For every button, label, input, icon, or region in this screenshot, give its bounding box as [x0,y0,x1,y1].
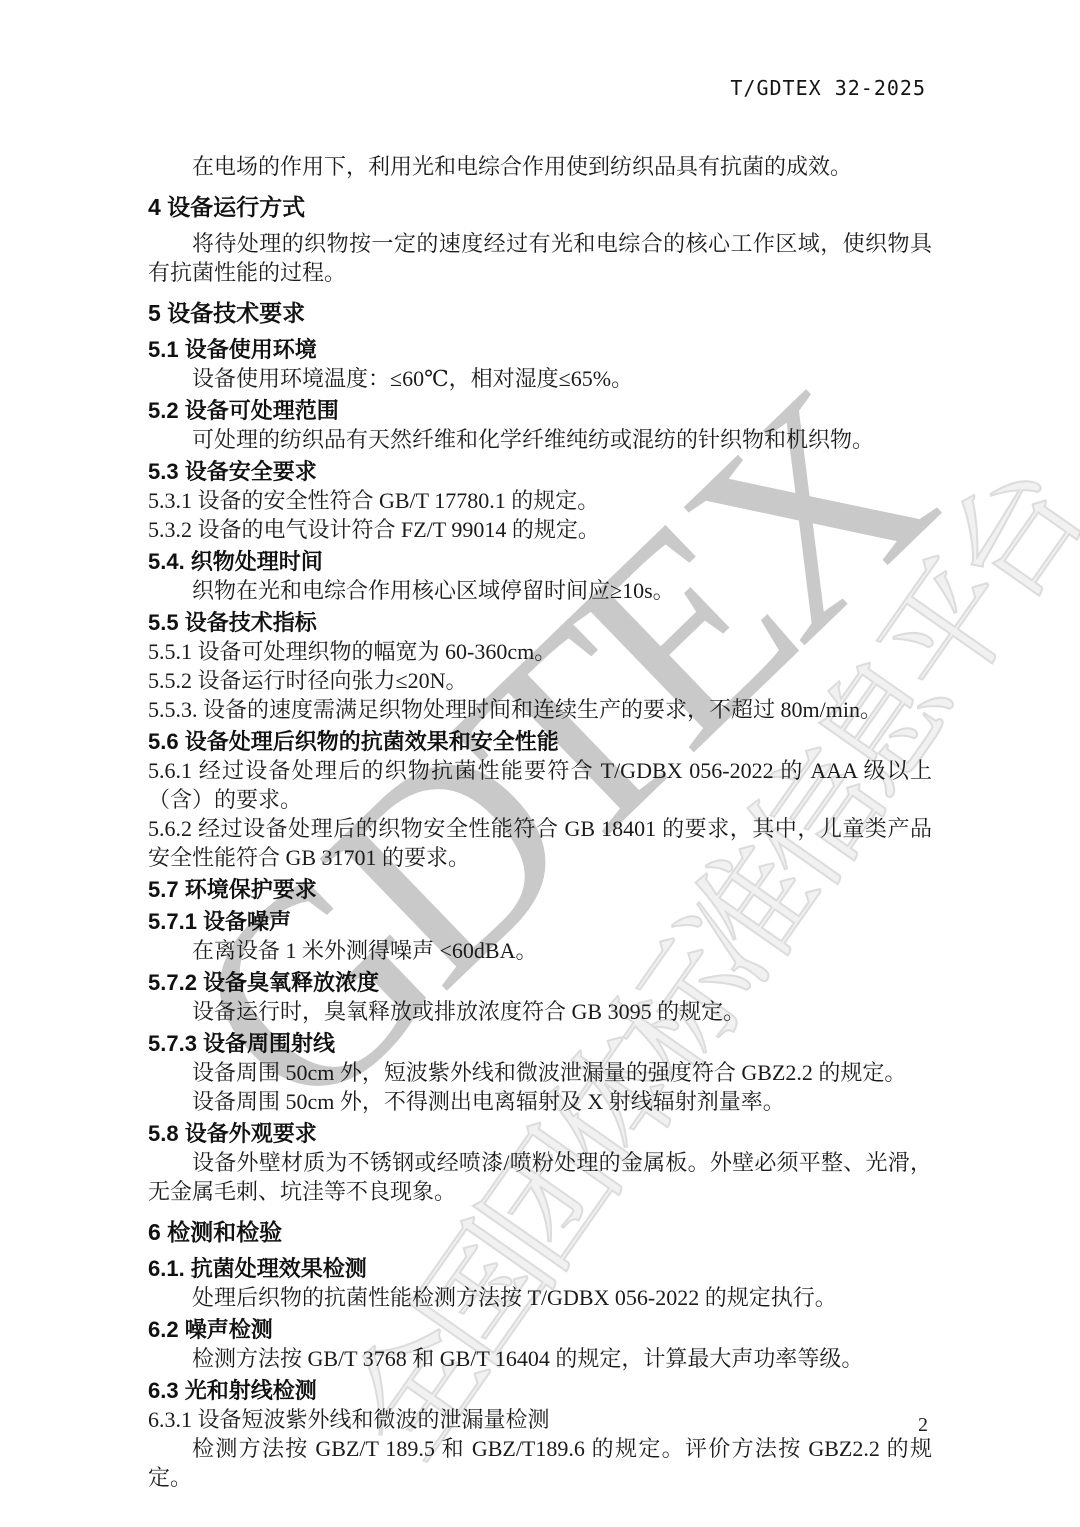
paragraph-line: 6.3.1 设备短波紫外线和微波的泄漏量检测 [148,1405,932,1434]
paragraph-line: 5.5.1 设备可处理织物的幅宽为 60-360cm。 [148,637,932,666]
document-body: 在电场的作用下，利用光和电综合作用使到纺织品具有抗菌的成效。4 设备运行方式将待… [148,152,932,1492]
section-heading: 5.7.3 设备周围射线 [148,1029,932,1058]
section-heading: 4 设备运行方式 [148,192,932,222]
section-heading: 5.3 设备安全要求 [148,457,932,486]
section-heading: 6 检测和检验 [148,1217,932,1247]
section-heading: 6.3 光和射线检测 [148,1376,932,1405]
section-heading: 5.8 设备外观要求 [148,1119,932,1148]
paragraph-line: 可处理的纺织品有天然纤维和化学纤维纯纺或混纺的针织物和机织物。 [148,425,932,454]
paragraph-line: 5.3.2 设备的电气设计符合 FZ/T 99014 的规定。 [148,515,932,544]
section-heading: 6.2 噪声检测 [148,1315,932,1344]
section-heading: 5.6 设备处理后织物的抗菌效果和安全性能 [148,727,932,756]
paragraph-line: 5.6.1 经过设备处理后的织物抗菌性能要符合 T/GDBX 056-2022 … [148,756,932,814]
section-heading: 5.7 环境保护要求 [148,875,932,904]
page-number: 2 [918,1414,928,1437]
section-heading: 6.1. 抗菌处理效果检测 [148,1254,932,1283]
paragraph-line: 检测方法按 GBZ/T 189.5 和 GBZ/T189.6 的规定。评价方法按… [148,1434,932,1492]
paragraph-line: 5.3.1 设备的安全性符合 GB/T 17780.1 的规定。 [148,486,932,515]
document-page: GDTEX 全国团体标准信息平台 T/GDTEX 32-2025 在电场的作用下… [0,0,1080,1527]
paragraph-line: 5.6.2 经过设备处理后的织物安全性能符合 GB 18401 的要求，其中，儿… [148,814,932,872]
section-heading: 5.1 设备使用环境 [148,335,932,364]
paragraph-line: 5.5.3. 设备的速度需满足织物处理时间和连续生产的要求，不超过 80m/mi… [148,695,932,724]
paragraph-line: 检测方法按 GB/T 3768 和 GB/T 16404 的规定，计算最大声功率… [148,1344,932,1373]
paragraph-line: 设备外壁材质为不锈钢或经喷漆/喷粉处理的金属板。外壁必须平整、光滑，无金属毛刺、… [148,1148,932,1206]
paragraph-line: 织物在光和电综合作用核心区域停留时间应≥10s。 [148,576,932,605]
section-heading: 5.4. 织物处理时间 [148,547,932,576]
paragraph-line: 设备周围 50cm 外，短波紫外线和微波泄漏量的强度符合 GBZ2.2 的规定。 [148,1058,932,1087]
section-heading: 5.2 设备可处理范围 [148,396,932,425]
paragraph-line: 在离设备 1 米外测得噪声 <60dBA。 [148,936,932,965]
section-heading: 5 设备技术要求 [148,298,932,328]
paragraph-line: 设备运行时，臭氧释放或排放浓度符合 GB 3095 的规定。 [148,997,932,1026]
paragraph-line: 设备使用环境温度：≤60℃，相对湿度≤65%。 [148,364,932,393]
paragraph-line: 将待处理的织物按一定的速度经过有光和电综合的核心工作区域，使织物具有抗菌性能的过… [148,229,932,287]
paragraph-line: 5.5.2 设备运行时径向张力≤20N。 [148,666,932,695]
paragraph-line: 处理后织物的抗菌性能检测方法按 T/GDBX 056-2022 的规定执行。 [148,1283,932,1312]
document-code-header: T/GDTEX 32-2025 [730,76,926,100]
paragraph-line: 设备周围 50cm 外，不得测出电离辐射及 X 射线辐射剂量率。 [148,1087,932,1116]
section-heading: 5.7.1 设备噪声 [148,907,932,936]
section-heading: 5.5 设备技术指标 [148,608,932,637]
paragraph-line: 在电场的作用下，利用光和电综合作用使到纺织品具有抗菌的成效。 [148,152,932,181]
section-heading: 5.7.2 设备臭氧释放浓度 [148,968,932,997]
